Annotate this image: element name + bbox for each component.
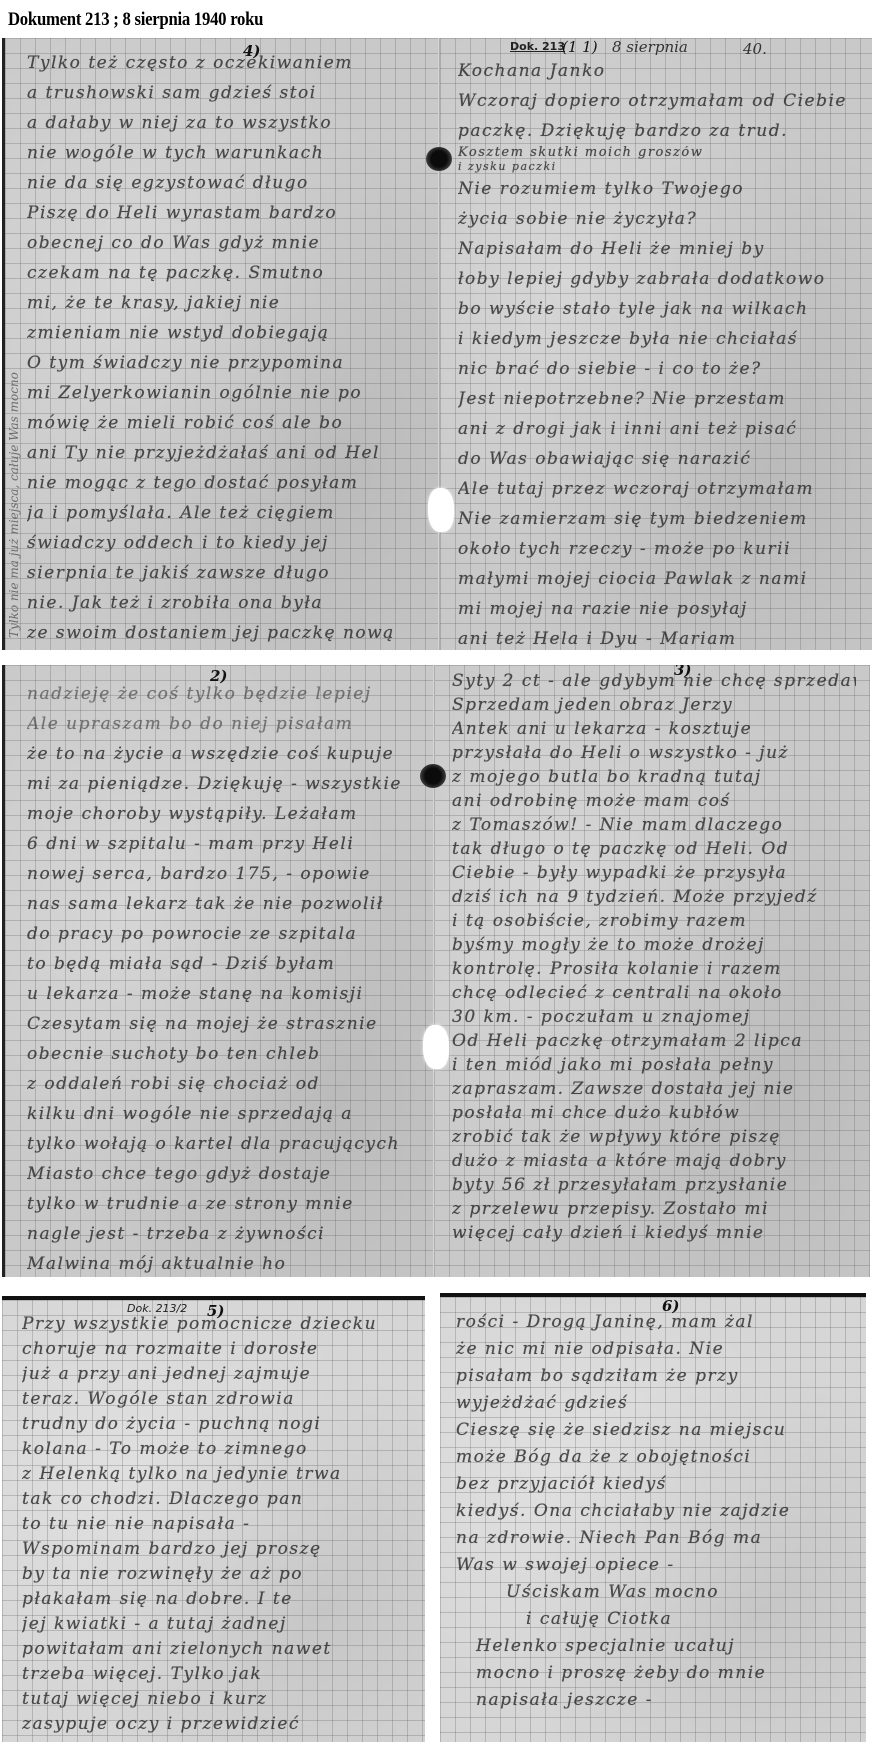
text-line: Piszę do Heli wyrastam bardzo xyxy=(27,198,429,228)
text-line: świadczy oddech i to kiedy jej xyxy=(27,528,429,558)
text-line: życia sobie nie życzyła? xyxy=(458,204,858,234)
text-line: jej kwiatki - a tutaj żadnej xyxy=(22,1612,411,1637)
text-line: przysłała do Heli o wszystko - już xyxy=(452,741,856,765)
text-line: że to na życie a wszędzie coś kupuje xyxy=(27,739,423,769)
closing-line: Uściskam Was mocno xyxy=(456,1579,852,1606)
text-line: pisałam bo sądziłam że przy xyxy=(456,1363,852,1390)
handwritten-text: Syty 2 ct - ale gdybym nie chcę sprzedaw… xyxy=(434,665,870,1277)
text-line: z przelewu przepisy. Zostało mi xyxy=(452,1197,856,1221)
text-line: Ciebie - były wypadki że przysyła xyxy=(452,861,856,885)
text-line: a trushowski sam gdzieś stoi xyxy=(27,78,429,108)
text-line: rości - Drogą Janinę, mam żal xyxy=(456,1309,852,1336)
text-line: zasypuje oczy i przewidzieć xyxy=(22,1712,411,1737)
text-line: sierpnia te jakiś zawsze długo xyxy=(27,558,429,588)
text-line: teraz. Wogóle stan zdrowia xyxy=(22,1387,411,1412)
text-line: Nie rozumiem tylko Twojego xyxy=(458,174,858,204)
text-line: nie mogąc z tego dostać posyłam xyxy=(27,468,429,498)
text-line: kilku dni wogóle nie sprzedają a xyxy=(27,1099,423,1129)
text-line: z mojego butla bo kradną tutaj xyxy=(452,765,856,789)
text-line: tak co chodzi. Dlaczego pan xyxy=(22,1487,411,1512)
text-line: Jest niepotrzebne? Nie przestam xyxy=(458,384,858,414)
postscript-line: napisała jeszcze - xyxy=(456,1687,852,1714)
text-line: już a przy ani jednej zajmuje xyxy=(22,1362,411,1387)
text-line: paczkę. Dziękuję bardzo za trud. xyxy=(458,116,858,146)
text-line: a ofiarę z sedesem żeby oddała xyxy=(27,648,429,650)
text-line: z Tomaszów! - Nie mam dlaczego xyxy=(452,813,856,837)
text-line: zapraszam. Zawsze dostała jej nie xyxy=(452,1077,856,1101)
text-line: nas sama lekarz tak że nie pozwolił xyxy=(27,889,423,919)
text-line: choruje na rozmaite i dorosłe xyxy=(22,1337,411,1362)
text-line: kiedyś. Ona chciałaby nie zajdzie xyxy=(456,1498,852,1525)
salutation: Kochana Janko xyxy=(458,56,858,86)
text-line: wyjeżdżać gdzieś xyxy=(456,1390,852,1417)
text-line: bez przyjaciół kiedyś xyxy=(456,1471,852,1498)
text-line: nic brać do siebie - i co to że? xyxy=(458,354,858,384)
page-fold xyxy=(433,665,435,1277)
scan-page-1: Dok. 213 (1 1) 8 sierpnia 40. Kochana Ja… xyxy=(440,38,872,650)
scan-page-2: 2) nadzieję że coś tylko będzie lepiej A… xyxy=(2,665,437,1277)
scan-page-4: 4) Tylko nie ma już miejsca, całuje Was … xyxy=(2,38,443,650)
text-line: ani odrobinę może mam coś xyxy=(452,789,856,813)
text-line: Syty 2 ct - ale gdybym nie chcę sprzedaw… xyxy=(452,669,856,693)
text-line: Cieszę się że siedzisz na miejscu xyxy=(456,1417,852,1444)
text-line: ja i pomyślała. Ale też cięgiem xyxy=(27,498,429,528)
text-line: Czesytam się na mojej że strasznie xyxy=(27,1009,423,1039)
scan-page-6: 6) rości - Drogą Janinę, mam żal że nic … xyxy=(440,1293,866,1742)
punch-hole xyxy=(428,488,454,532)
text-line: tylko wołają o kartel dla pracujących xyxy=(27,1129,423,1159)
text-line: Antek ani u lekarza - kosztuje xyxy=(452,717,856,741)
text-line: zmieniam nie wstyd dobiegają xyxy=(27,318,429,348)
text-line: kolana - To może to zimnego xyxy=(22,1437,411,1462)
text-line: z Helenką tylko na jedynie trwa xyxy=(22,1462,411,1487)
text-line: O tym świadczy nie przypomina xyxy=(27,348,429,378)
text-line: tylko w trudnie a ze strony mnie xyxy=(27,1189,423,1219)
text-line: i ten miód jako mi posłała pełny xyxy=(452,1053,856,1077)
text-line: mi za pieniądze. Dziękuję - wszystkie xyxy=(27,769,423,799)
text-line: mi, że te krasy, jakiej nie xyxy=(27,288,429,318)
text-line: Tylko też często z oczekiwaniem xyxy=(27,48,429,78)
text-line: ani Ty nie przyjeżdżałaś ani od Hel xyxy=(27,438,429,468)
text-line: Nie zamierzam się tym biedzeniem xyxy=(458,504,858,534)
handwritten-text: rości - Drogą Janinę, mam żal że nic mi … xyxy=(440,1297,866,1742)
text-line: posłała mi chce dużo kubłów xyxy=(452,1101,856,1125)
text-line: a dałaby w niej za to wszystko xyxy=(27,108,429,138)
scan-page-5: Dok. 213/2 5) Przy wszystkie pomocnicze … xyxy=(2,1296,425,1742)
text-line: Od Heli paczkę otrzymałam 2 lipca xyxy=(452,1029,856,1053)
handwritten-text: Tylko też często z oczekiwaniem a trusho… xyxy=(5,38,443,650)
text-line: obecnie suchoty bo ten chleb xyxy=(27,1039,423,1069)
punch-hole xyxy=(423,1025,449,1069)
text-line: mi Zelyerkowianin ogólnie nie po xyxy=(27,378,429,408)
text-line: więcej cały dzień i kiedyś mnie xyxy=(452,1221,856,1245)
text-line: i tą osobiście, zrobimy razem xyxy=(452,909,856,933)
text-line: na zdrowie. Niech Pan Bóg ma xyxy=(456,1525,852,1552)
scan-page-3: 3) Syty 2 ct - ale gdybym nie chcę sprze… xyxy=(434,665,870,1277)
text-line: około tych rzeczy - może po kurii xyxy=(458,534,858,564)
text-line: że nic mi nie odpisała. Nie xyxy=(456,1336,852,1363)
text-line: byty 56 zł przesyłałam przysłanie xyxy=(452,1173,856,1197)
text-line: byśmy mogły że to może drożej xyxy=(452,933,856,957)
text-line: obecnej co do Was gdyż mnie xyxy=(27,228,429,258)
text-line: do Was obawiając się narazić xyxy=(458,444,858,474)
punch-hole xyxy=(426,147,452,171)
text-line: nie wogóle w tych warunkach xyxy=(27,138,429,168)
text-line: Malwina mój aktualnie ho xyxy=(27,1249,423,1277)
signature: i całuję Ciotka xyxy=(456,1606,852,1633)
text-line: u lekarza - może stanę na komisji xyxy=(27,979,423,1009)
handwritten-text: Przy wszystkie pomocnicze dziecku choruj… xyxy=(2,1300,425,1742)
text-line: Miasto chce tego gdyż dostaje xyxy=(27,1159,423,1189)
text-line: nadzieję że coś tylko będzie lepiej xyxy=(27,679,423,709)
text-line: mówię że mieli robić coś ale bo xyxy=(27,408,429,438)
text-line: Napisałam do Heli że mniej by xyxy=(458,234,858,264)
text-line: i kiedym jeszcze była nie chciałaś xyxy=(458,324,858,354)
text-line: Ale tutaj przez wczoraj otrzymałam xyxy=(458,474,858,504)
text-line: 6 dni w szpitalu - mam przy Heli xyxy=(27,829,423,859)
postscript-line: Helenko specjalnie ucałuj xyxy=(456,1633,852,1660)
text-line: małymi mojej ciocia Pawlak z nami xyxy=(458,564,858,594)
text-line: może Bóg da że z obojętności xyxy=(456,1444,852,1471)
text-line: to będą miała sąd - Dziś byłam xyxy=(27,949,423,979)
text-line: kontrolę. Prosiła kolanie i razem xyxy=(452,957,856,981)
text-line: zrobić tak że wpływy które piszę xyxy=(452,1125,856,1149)
text-line: mi mojej na razie nie posyłaj xyxy=(458,594,858,624)
text-line: Kosztem skutki moich groszów xyxy=(458,146,858,160)
text-line: nagle jest - trzeba z żywności xyxy=(27,1219,423,1249)
text-line: ani z drogi jak i inni ani też pisać xyxy=(458,414,858,444)
text-line: nowej serca, bardzo 175, - opowie xyxy=(27,859,423,889)
text-line: nie. Jak też i zrobiła ona była xyxy=(27,588,429,618)
text-line: bo wyście stało tyle jak na wilkach xyxy=(458,294,858,324)
handwritten-text: Kochana Janko Wczoraj dopiero otrzymałam… xyxy=(440,38,872,650)
handwritten-text: nadzieję że coś tylko będzie lepiej Ale … xyxy=(5,665,437,1277)
text-line: Ale upraszam bo do niej pisałam xyxy=(27,709,423,739)
text-line: nie da się egzystować długo xyxy=(27,168,429,198)
text-line: ani też Hela i Dyu - Mariam xyxy=(458,624,858,650)
text-line: dużo z miasta a które mają dobry xyxy=(452,1149,856,1173)
page-fold xyxy=(438,38,440,650)
text-line: moje choroby wystąpiły. Leżałam xyxy=(27,799,423,829)
text-line: z oddaleń robi się chociaż od xyxy=(27,1069,423,1099)
text-line: powitałam ani zielonych nawet xyxy=(22,1637,411,1662)
text-line: czekam na tę paczkę. Smutno xyxy=(27,258,429,288)
text-line: Wczoraj dopiero otrzymałam od Ciebie xyxy=(458,86,858,116)
punch-hole xyxy=(420,764,446,788)
text-line: to tu nie nie napisała - xyxy=(22,1512,411,1537)
text-line: chcę odlecieć z centrali na około xyxy=(452,981,856,1005)
text-line: 30 km. - poczułam u znajomej xyxy=(452,1005,856,1029)
text-line: dziś ich na 9 tydzień. Może przyjedź xyxy=(452,885,856,909)
text-line: by ta nie rozwinęły że aż po xyxy=(22,1562,411,1587)
text-line: ze swoim dostaniem jej paczkę nową xyxy=(27,618,429,648)
text-line: do pracy po powrocie ze szpitala xyxy=(27,919,423,949)
text-line: tutaj więcej niebo i kurz xyxy=(22,1687,411,1712)
text-line: Sprzedam jeden obraz Jerzy xyxy=(452,693,856,717)
text-line: trudny do życia - puchną nogi xyxy=(22,1412,411,1437)
text-line: trzeba więcej. Tylko jak xyxy=(22,1662,411,1687)
text-line: Was w swojej opiece - xyxy=(456,1552,852,1579)
text-line: tak długo o tę paczkę od Heli. Od xyxy=(452,837,856,861)
text-line: i zysku paczki xyxy=(458,160,858,174)
text-line: łoby lepiej gdyby zabrała dodatkowo xyxy=(458,264,858,294)
document-title: Dokument 213 ; 8 sierpnia 1940 roku xyxy=(8,9,263,31)
text-line: płakałam się na dobre. I te xyxy=(22,1587,411,1612)
postscript-line: mocno i proszę żeby do mnie xyxy=(456,1660,852,1687)
text-line: Przy wszystkie pomocnicze dziecku xyxy=(22,1312,411,1337)
text-line: Wspominam bardzo jej proszę xyxy=(22,1537,411,1562)
